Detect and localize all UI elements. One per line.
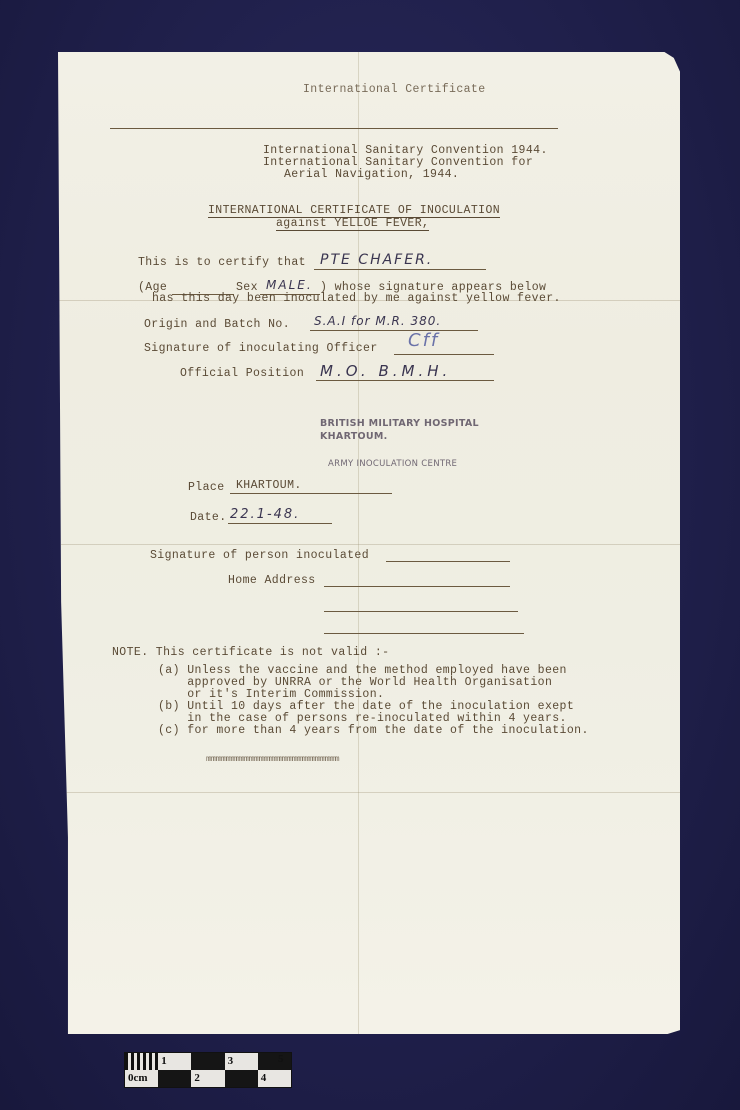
note-c: (c) for more than 4 years from the date … — [158, 725, 589, 737]
batch-label: Origin and Batch No. — [144, 319, 290, 331]
position-line — [316, 380, 494, 381]
scale-label-3: 3 — [225, 1053, 258, 1070]
home-address-line-2 — [324, 611, 518, 612]
position-label: Official Position — [180, 368, 304, 380]
scale-black-4 — [225, 1070, 258, 1087]
scale-label-0: 0cm — [125, 1070, 158, 1087]
note-heading: NOTE. This certificate is not valid :- — [112, 647, 389, 659]
certificate-subtitle: against YELLOE FEVER, — [276, 218, 429, 231]
typed-strike-line: mmmmmmmmmmmmmmmmmmmmmmmmmmmmmmmmmmmmmmmm — [206, 754, 338, 766]
date-label: Date. — [190, 512, 227, 524]
convention-line-3: Aerial Navigation, 1944. — [284, 169, 459, 181]
person-signature-label: Signature of person inoculated — [150, 550, 369, 562]
officer-signature-label: Signature of inoculating Officer — [144, 343, 378, 355]
batch-value: S.A.I for M.R. 380. — [314, 314, 441, 328]
person-signature-line — [386, 561, 510, 562]
position-value: M.O. B.M.H. — [320, 362, 451, 380]
officer-signature: Cff — [408, 330, 439, 351]
scale-black-3 — [158, 1070, 191, 1087]
scale-label-4: 4 — [258, 1070, 291, 1087]
scale-bar: 1 3 0cm 2 4 — [124, 1052, 292, 1088]
scale-black-1 — [191, 1053, 224, 1070]
stamp-hospital: BRITISH MILITARY HOSPITAL — [320, 418, 479, 429]
date-value: 22.1-48. — [230, 507, 300, 522]
fold-line-horizontal — [58, 544, 680, 545]
certify-value: PTE CHAFER. — [320, 252, 433, 268]
batch-line — [310, 330, 478, 331]
scale-label-1: 1 — [158, 1053, 191, 1070]
stamp-centre: ARMY INOCULATION CENTRE — [328, 459, 457, 469]
date-line — [228, 523, 332, 524]
certify-label: This is to certify that — [138, 257, 306, 269]
home-address-line-3 — [324, 633, 524, 634]
scale-label-5: 5 — [278, 1053, 284, 1065]
header-rule — [110, 128, 558, 129]
scale-black-2 — [258, 1053, 291, 1070]
place-value: KHARTOUM. — [236, 480, 302, 492]
inoculated-text: has this day been inoculated by me again… — [152, 293, 561, 305]
fold-line-vertical — [358, 52, 359, 1034]
place-label: Place — [188, 482, 225, 494]
place-line — [230, 493, 392, 494]
home-address-line-1 — [324, 586, 510, 587]
certificate-paper: International Certificate International … — [58, 52, 680, 1034]
home-address-label: Home Address — [228, 575, 316, 587]
certify-line — [314, 269, 486, 270]
top-header: International Certificate — [303, 84, 486, 96]
stamp-city: KHARTOUM. — [320, 431, 388, 442]
fold-line-horizontal — [58, 792, 680, 793]
sex-value: MALE. — [266, 278, 313, 292]
scale-tick-block — [125, 1053, 158, 1070]
scale-label-2: 2 — [191, 1070, 224, 1087]
officer-signature-line — [394, 354, 494, 355]
